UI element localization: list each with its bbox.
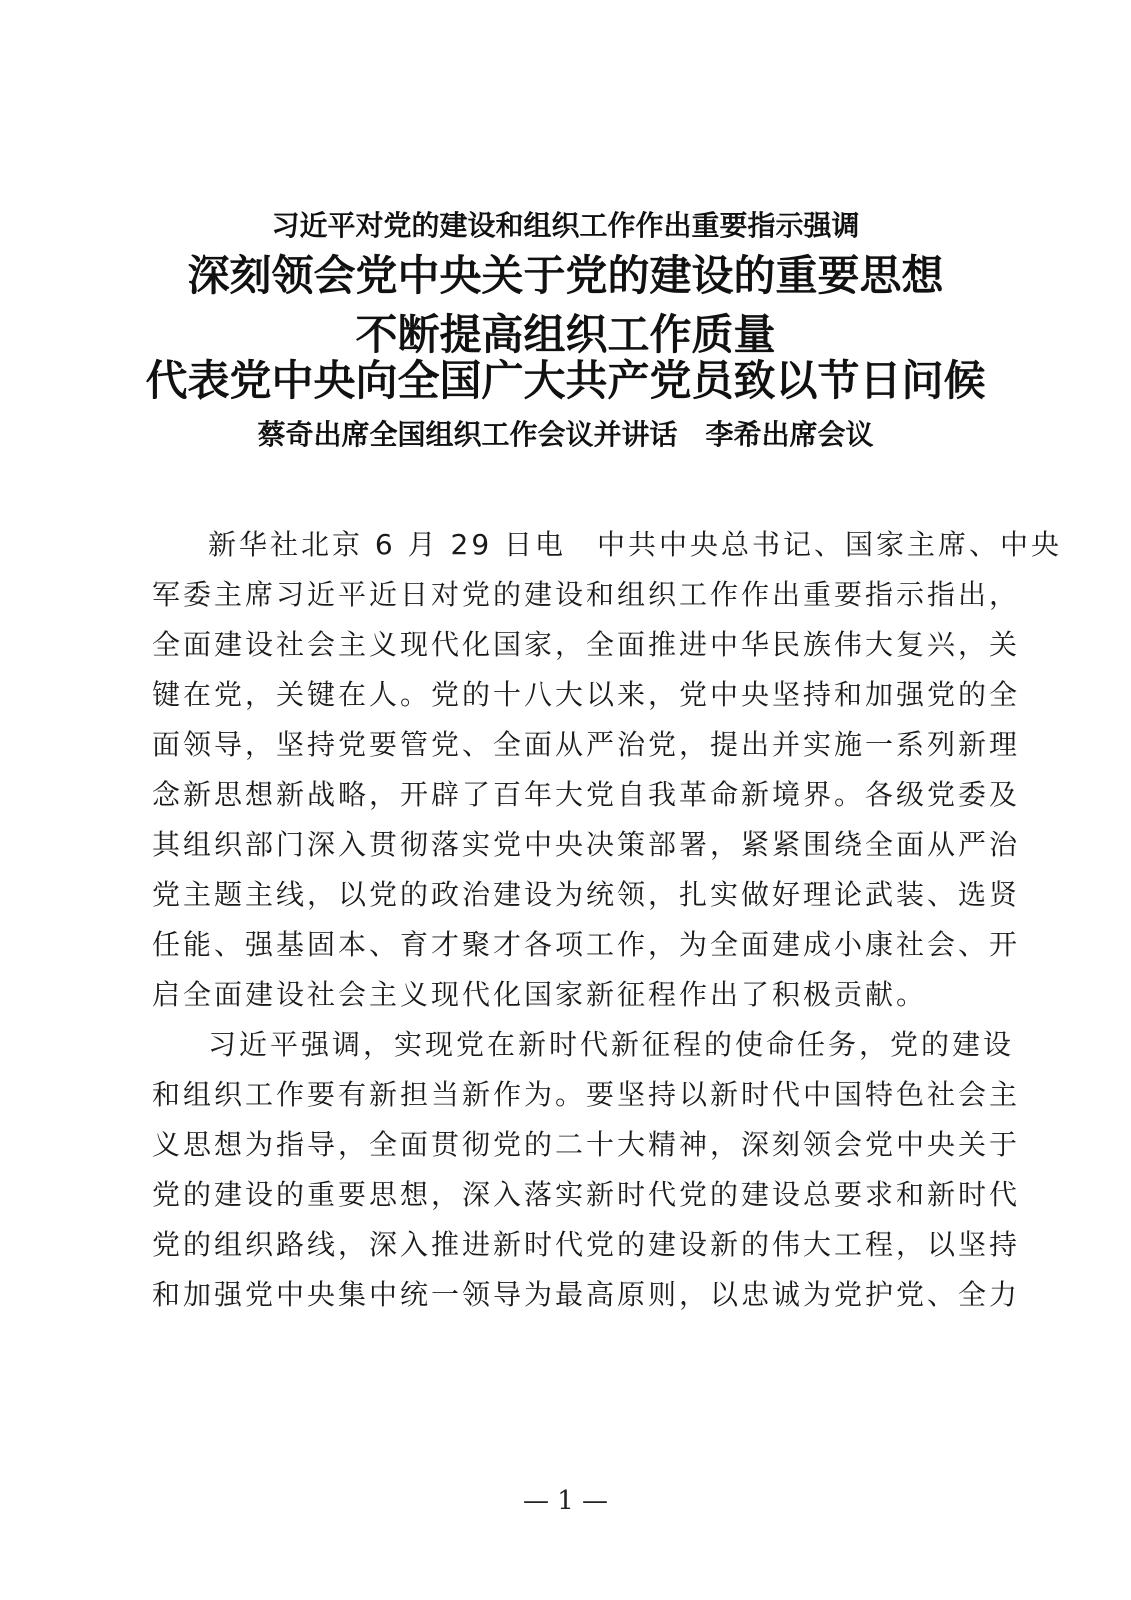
text-line: 其组织部门深入贯彻落实党中央决策部署，紧紧围绕全面从严治 <box>152 820 972 870</box>
main-title-line-3: 代表党中央向全国广大共产党员致以节日问候 <box>0 353 1131 409</box>
document-page: 习近平对党的建设和组织工作作出重要指示强调 深刻领会党中央关于党的建设的重要思想… <box>0 0 1131 1600</box>
article-body: 新华社北京 6 月 29 日电 中共中央总书记、国家主席、中央 军委主席习近平近… <box>152 520 972 1320</box>
headline-kicker: 习近平对党的建设和组织工作作出重要指示强调 <box>0 206 1131 246</box>
text-line: 党的建设的重要思想，深入落实新时代党的建设总要求和新时代 <box>152 1170 972 1220</box>
text-line: 党的组织路线，深入推进新时代党的建设新的伟大工程，以坚持 <box>152 1220 972 1270</box>
text-line: 面领导，坚持党要管党、全面从严治党，提出并实施一系列新理 <box>152 720 972 770</box>
text-line: 义思想为指导，全面贯彻党的二十大精神，深刻领会党中央关于 <box>152 1120 972 1170</box>
text-line: 习近平强调，实现党在新时代新征程的使命任务，党的建设 <box>152 1020 972 1070</box>
text-line: 新华社北京 6 月 29 日电 中共中央总书记、国家主席、中央 <box>152 520 972 570</box>
main-title-line-1: 深刻领会党中央关于党的建设的重要思想 <box>0 248 1131 304</box>
text-line: 党主题主线，以党的政治建设为统领，扎实做好理论武装、选贤 <box>152 870 972 920</box>
text-line: 念新思想新战略，开辟了百年大党自我革命新境界。各级党委及 <box>152 770 972 820</box>
headline-subtitle: 蔡奇出席全国组织工作会议并讲话 李希出席会议 <box>0 415 1131 455</box>
page-number: — 1 — <box>0 1486 1131 1516</box>
text-line: 任能、强基固本、育才聚才各项工作，为全面建成小康社会、开 <box>152 920 972 970</box>
text-line: 军委主席习近平近日对党的建设和组织工作作出重要指示指出， <box>152 570 972 620</box>
text-line: 和加强党中央集中统一领导为最高原则，以忠诚为党护党、全力 <box>152 1270 972 1320</box>
text-line: 键在党，关键在人。党的十八大以来，党中央坚持和加强党的全 <box>152 670 972 720</box>
text-line: 全面建设社会主义现代化国家，全面推进中华民族伟大复兴，关 <box>152 620 972 670</box>
paragraph-1: 新华社北京 6 月 29 日电 中共中央总书记、国家主席、中央 军委主席习近平近… <box>152 520 972 1020</box>
text-line: 和组织工作要有新担当新作为。要坚持以新时代中国特色社会主 <box>152 1070 972 1120</box>
text-line: 启全面建设社会主义现代化国家新征程作出了积极贡献。 <box>152 970 972 1020</box>
paragraph-2: 习近平强调，实现党在新时代新征程的使命任务，党的建设 和组织工作要有新担当新作为… <box>152 1020 972 1320</box>
